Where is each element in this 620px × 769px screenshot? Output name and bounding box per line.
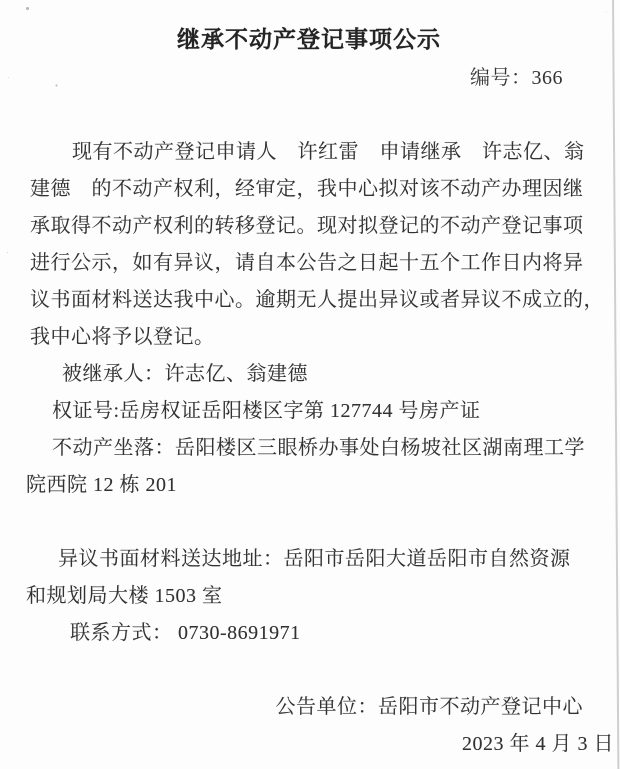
document-content: 继承不动产登记事项公示 编号：366 现有不动产登记申请人 许红雷 申请继承 许… [0, 0, 620, 763]
paragraph-line-5: 议书面材料送达我中心。逾期无人提出异议或者异议不成立的， [30, 282, 588, 319]
paragraph-line-4: 进行公示，如有异议，请自本公告之日起十五个工作日内将异 [30, 245, 588, 282]
property-location-line-2: 院西院 12 栋 201 [26, 467, 588, 504]
paragraph-line-1: 现有不动产登记申请人 许红雷 申请继承 许志亿、翁 [30, 134, 588, 171]
doc-number: 编号：366 [30, 64, 588, 92]
date-line: 2023 年 4 月 3 日 [30, 726, 614, 763]
paragraph-line-3: 承取得不动产权利的转移登记。现对拟登记的不动产登记事项 [30, 208, 588, 245]
objection-address-line-1: 异议书面材料送达地址：岳阳市岳阳大道岳阳市自然资源 [30, 541, 588, 578]
property-location-line-1: 不动产坐落：岳阳楼区三眼桥办事处白杨坡社区湖南理工学 [30, 430, 588, 467]
issuer-line: 公告单位：岳阳市不动产登记中心 [30, 689, 588, 726]
notice-body: 现有不动产登记申请人 许红雷 申请继承 许志亿、翁 建德 的不动产权利，经审定，… [30, 134, 588, 763]
objection-address-line-2: 和规划局大楼 1503 室 [26, 578, 588, 615]
spacer [30, 652, 588, 689]
paragraph-line-2: 建德 的不动产权利，经审定，我中心拟对该不动产办理因继 [30, 171, 588, 208]
notice-document: 继承不动产登记事项公示 编号：366 现有不动产登记申请人 许红雷 申请继承 许… [0, 0, 620, 769]
notice-title: 继承不动产登记事项公示 [30, 0, 588, 54]
certificate-line: 权证号:岳房权证岳阳楼区字第 127744 号房产证 [30, 393, 588, 430]
spacer [30, 504, 588, 541]
paragraph-line-6: 我中心将予以登记。 [30, 319, 588, 356]
contact-line: 联系方式： 0730-8691971 [30, 615, 588, 652]
deceased-line: 被继承人：许志亿、翁建德 [30, 356, 588, 393]
